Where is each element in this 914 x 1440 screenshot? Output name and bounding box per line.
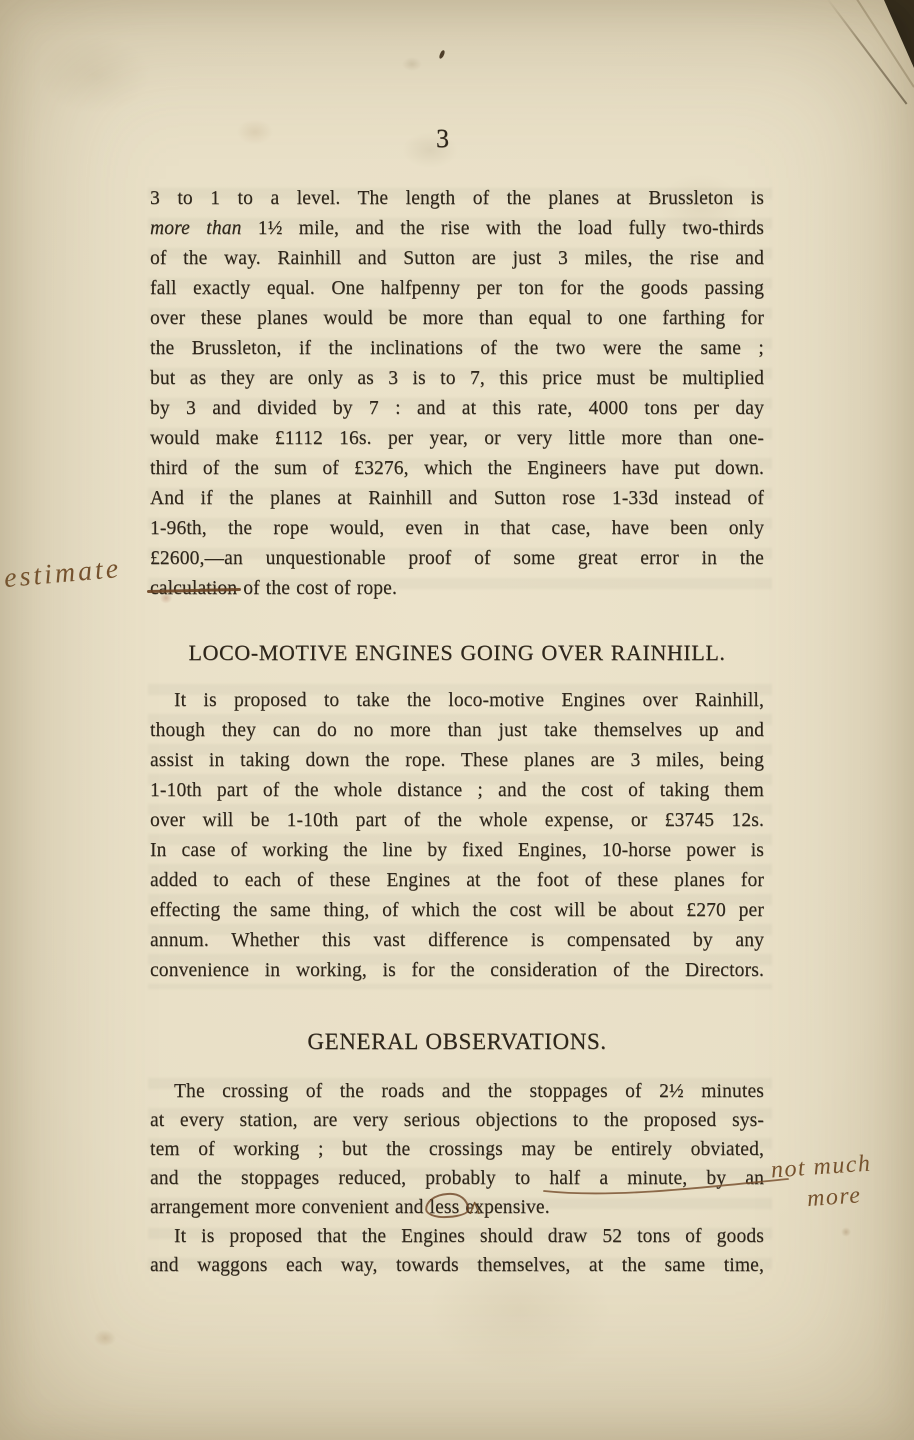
- handwritten-note-estimate: estimate: [3, 553, 123, 595]
- text-line: 1-10th part of the whole distance ; and …: [150, 776, 764, 806]
- text-line: though they can do no more than just tak…: [150, 716, 764, 746]
- text-line: arrangement more convenient and less exp…: [150, 1193, 764, 1222]
- paragraph-3: The crossing of the roads and the stoppa…: [150, 1077, 764, 1280]
- text-line: effecting the same thing, of which the c…: [150, 896, 764, 926]
- text-line: annum. Whether this vast difference is c…: [150, 926, 764, 956]
- insertion-caret: ^: [468, 1196, 481, 1226]
- page-corner-fold: [884, 0, 914, 68]
- text-segment: arrangement more convenient and: [150, 1197, 430, 1218]
- handwritten-line: more: [806, 1179, 875, 1215]
- scan-backdrop: 3 3 to 1 to a level. The length of the p…: [0, 0, 914, 1440]
- text-line: 3 to 1 to a level. The length of the pla…: [150, 184, 764, 214]
- text-line: the Brussleton, if the inclinations of t…: [150, 334, 764, 364]
- text-line: at every station, are very serious objec…: [150, 1106, 764, 1135]
- text-line: It is proposed that the Engines should d…: [150, 1222, 764, 1251]
- struck-word-calculation: calculation: [150, 578, 237, 599]
- section-heading-locomotive-engines: LOCO-MOTIVE ENGINES GOING OVER RAINHILL.: [189, 640, 726, 666]
- text-line: over these planes would be more than equ…: [150, 304, 764, 334]
- text-line: fall exactly equal. One halfpenny per to…: [150, 274, 764, 304]
- section-heading-general-observations: GENERAL OBSERVATIONS.: [307, 1029, 606, 1055]
- text-line: added to each of these Engines at the fo…: [150, 866, 764, 896]
- paragraph-1: 3 to 1 to a level. The length of the pla…: [150, 184, 764, 604]
- paragraph-2: It is proposed to take the loco-motive E…: [150, 686, 764, 986]
- text-line: by 3 and divided by 7 : and at this rate…: [150, 394, 764, 424]
- text-segment: 1½ mile, and the rise with the load full…: [242, 218, 764, 239]
- ink-speck: [439, 50, 446, 60]
- page-number: 3: [436, 124, 450, 154]
- text-line: £2600,—an unquestionable proof of some g…: [150, 544, 764, 574]
- text-line: more than 1½ mile, and the rise with the…: [150, 214, 764, 244]
- text-line: convenience in working, is for the consi…: [150, 956, 764, 986]
- handwritten-note-not-much-more: not much more: [770, 1149, 875, 1218]
- text-line: and waggons each way, towards themselves…: [150, 1251, 764, 1280]
- text-line: calculation of the cost of rope.: [150, 574, 764, 604]
- document-page: 3 3 to 1 to a level. The length of the p…: [0, 0, 914, 1440]
- text-line: and the stoppages reduced, probably to h…: [150, 1164, 764, 1193]
- italic-text: more than: [150, 218, 242, 239]
- text-line: In case of working the line by fixed Eng…: [150, 836, 764, 866]
- struck-word-less: less: [430, 1197, 460, 1218]
- text-line: 1-96th, the rope would, even in that cas…: [150, 514, 764, 544]
- text-line: of the way. Rainhill and Sutton are just…: [150, 244, 764, 274]
- text-line: over will be 1-10th part of the whole ex…: [150, 806, 764, 836]
- text-line: third of the sum of £3276, which the Eng…: [150, 454, 764, 484]
- text-line: And if the planes at Rainhill and Sutton…: [150, 484, 764, 514]
- text-line: but as they are only as 3 is to 7, this …: [150, 364, 764, 394]
- text-block: 3 to 1 to a level. The length of the pla…: [150, 184, 764, 1280]
- text-line: tem of working ; but the crossings may b…: [150, 1135, 764, 1164]
- text-line: would make £1112 16s. per year, or very …: [150, 424, 764, 454]
- text-line: It is proposed to take the loco-motive E…: [150, 686, 764, 716]
- text-line: assist in taking down the rope. These pl…: [150, 746, 764, 776]
- text-segment: of the cost of rope.: [237, 578, 397, 599]
- text-line: The crossing of the roads and the stoppa…: [150, 1077, 764, 1106]
